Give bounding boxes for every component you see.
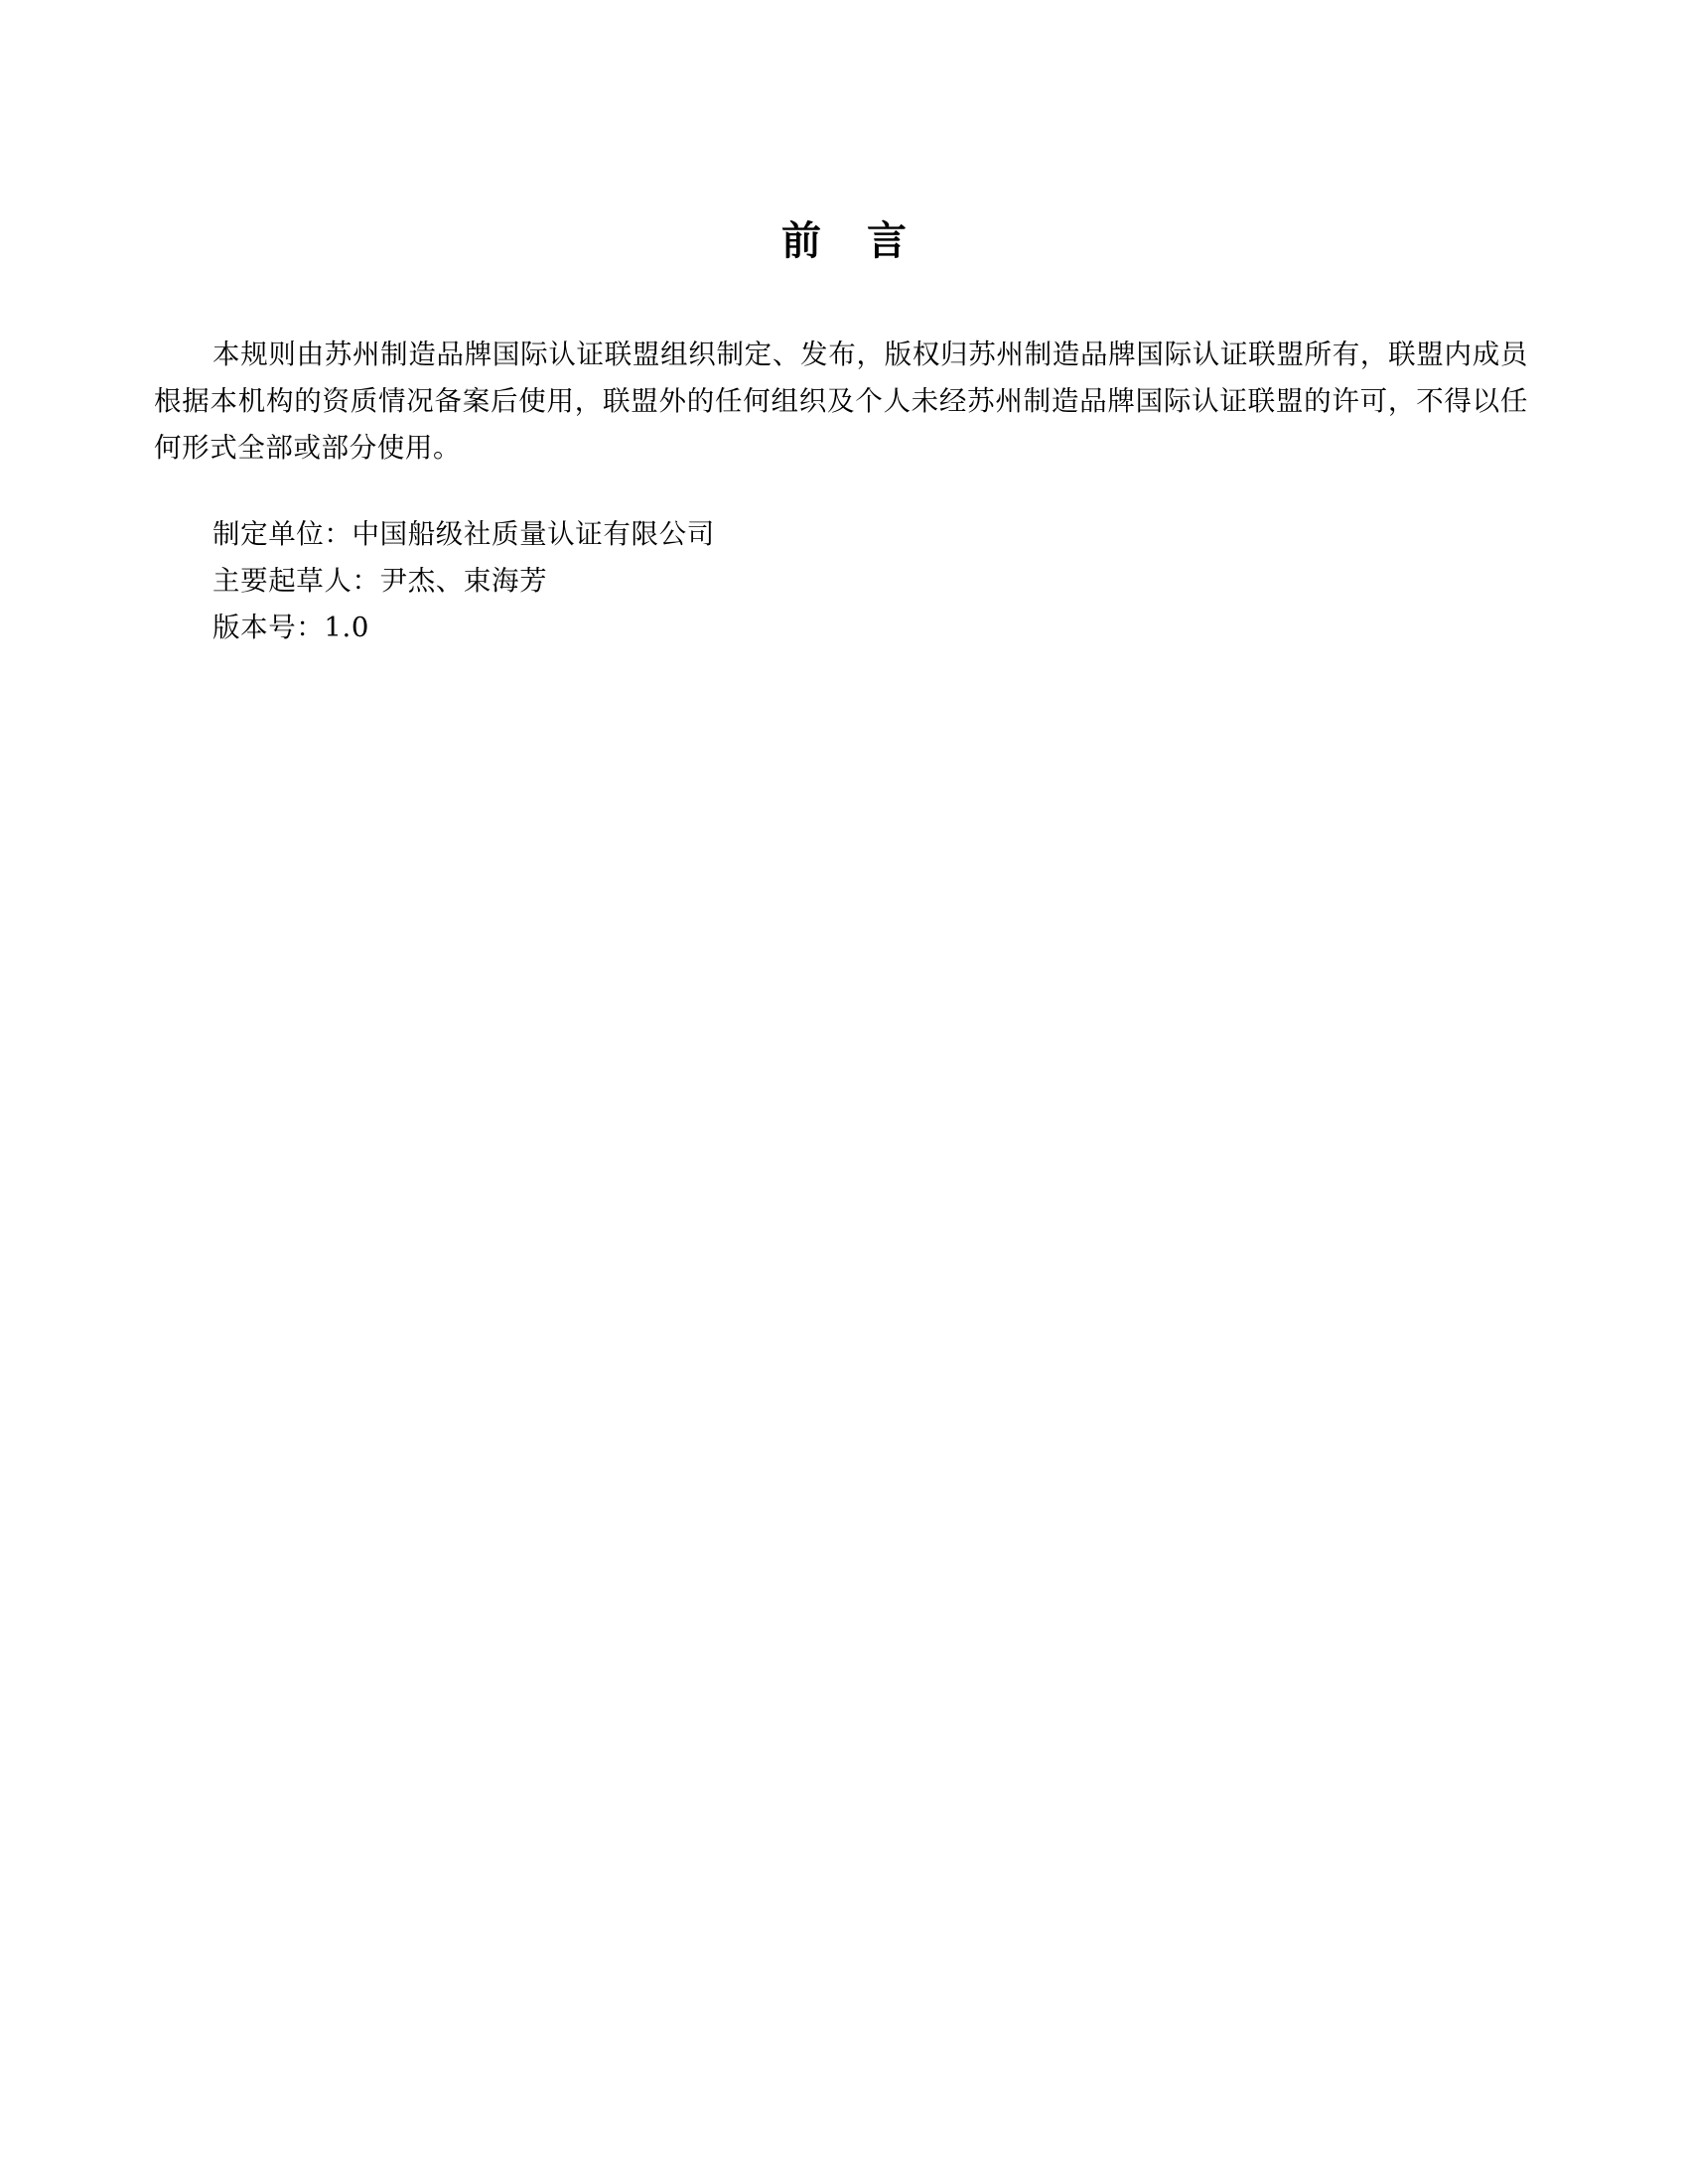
drafting-unit-line: 制定单位：中国船级社质量认证有限公司 <box>212 511 715 558</box>
main-drafters-label: 主要起草人： <box>212 565 380 597</box>
main-drafters-value: 尹杰、束海芳 <box>380 565 548 597</box>
drafting-unit-value: 中国船级社质量认证有限公司 <box>352 518 715 550</box>
version-label: 版本号： <box>212 612 324 643</box>
drafting-unit-label: 制定单位： <box>212 518 352 550</box>
title-char-2: 言 <box>867 216 907 266</box>
main-drafters-line: 主要起草人：尹杰、束海芳 <box>212 558 715 605</box>
preface-paragraph: 本规则由苏州制造品牌国际认证联盟组织制定、发布，版权归苏州制造品牌国际认证联盟所… <box>154 332 1528 472</box>
title-char-1: 前 <box>781 216 821 266</box>
page-title: 前言 <box>0 216 1688 266</box>
document-metadata: 制定单位：中国船级社质量认证有限公司 主要起草人：尹杰、束海芳 版本号：1.0 <box>212 511 715 651</box>
version-line: 版本号：1.0 <box>212 605 715 651</box>
version-value: 1.0 <box>324 612 369 643</box>
document-page: 前言 本规则由苏州制造品牌国际认证联盟组织制定、发布，版权归苏州制造品牌国际认证… <box>0 0 1688 2184</box>
